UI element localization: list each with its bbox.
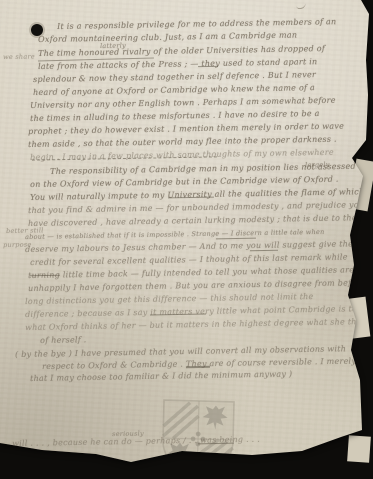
strike-mark (186, 366, 210, 370)
strike-mark (250, 250, 278, 253)
scanned-manuscript-page: It is a responsible privilege for me to … (0, 0, 373, 479)
margin-note: we share (3, 52, 35, 61)
paper-sheet: It is a responsible privilege for me to … (0, 0, 373, 479)
manuscript-line: of herself . (40, 335, 87, 345)
strike-mark (198, 443, 234, 447)
strike-mark (198, 66, 218, 69)
strike-mark (30, 275, 60, 279)
